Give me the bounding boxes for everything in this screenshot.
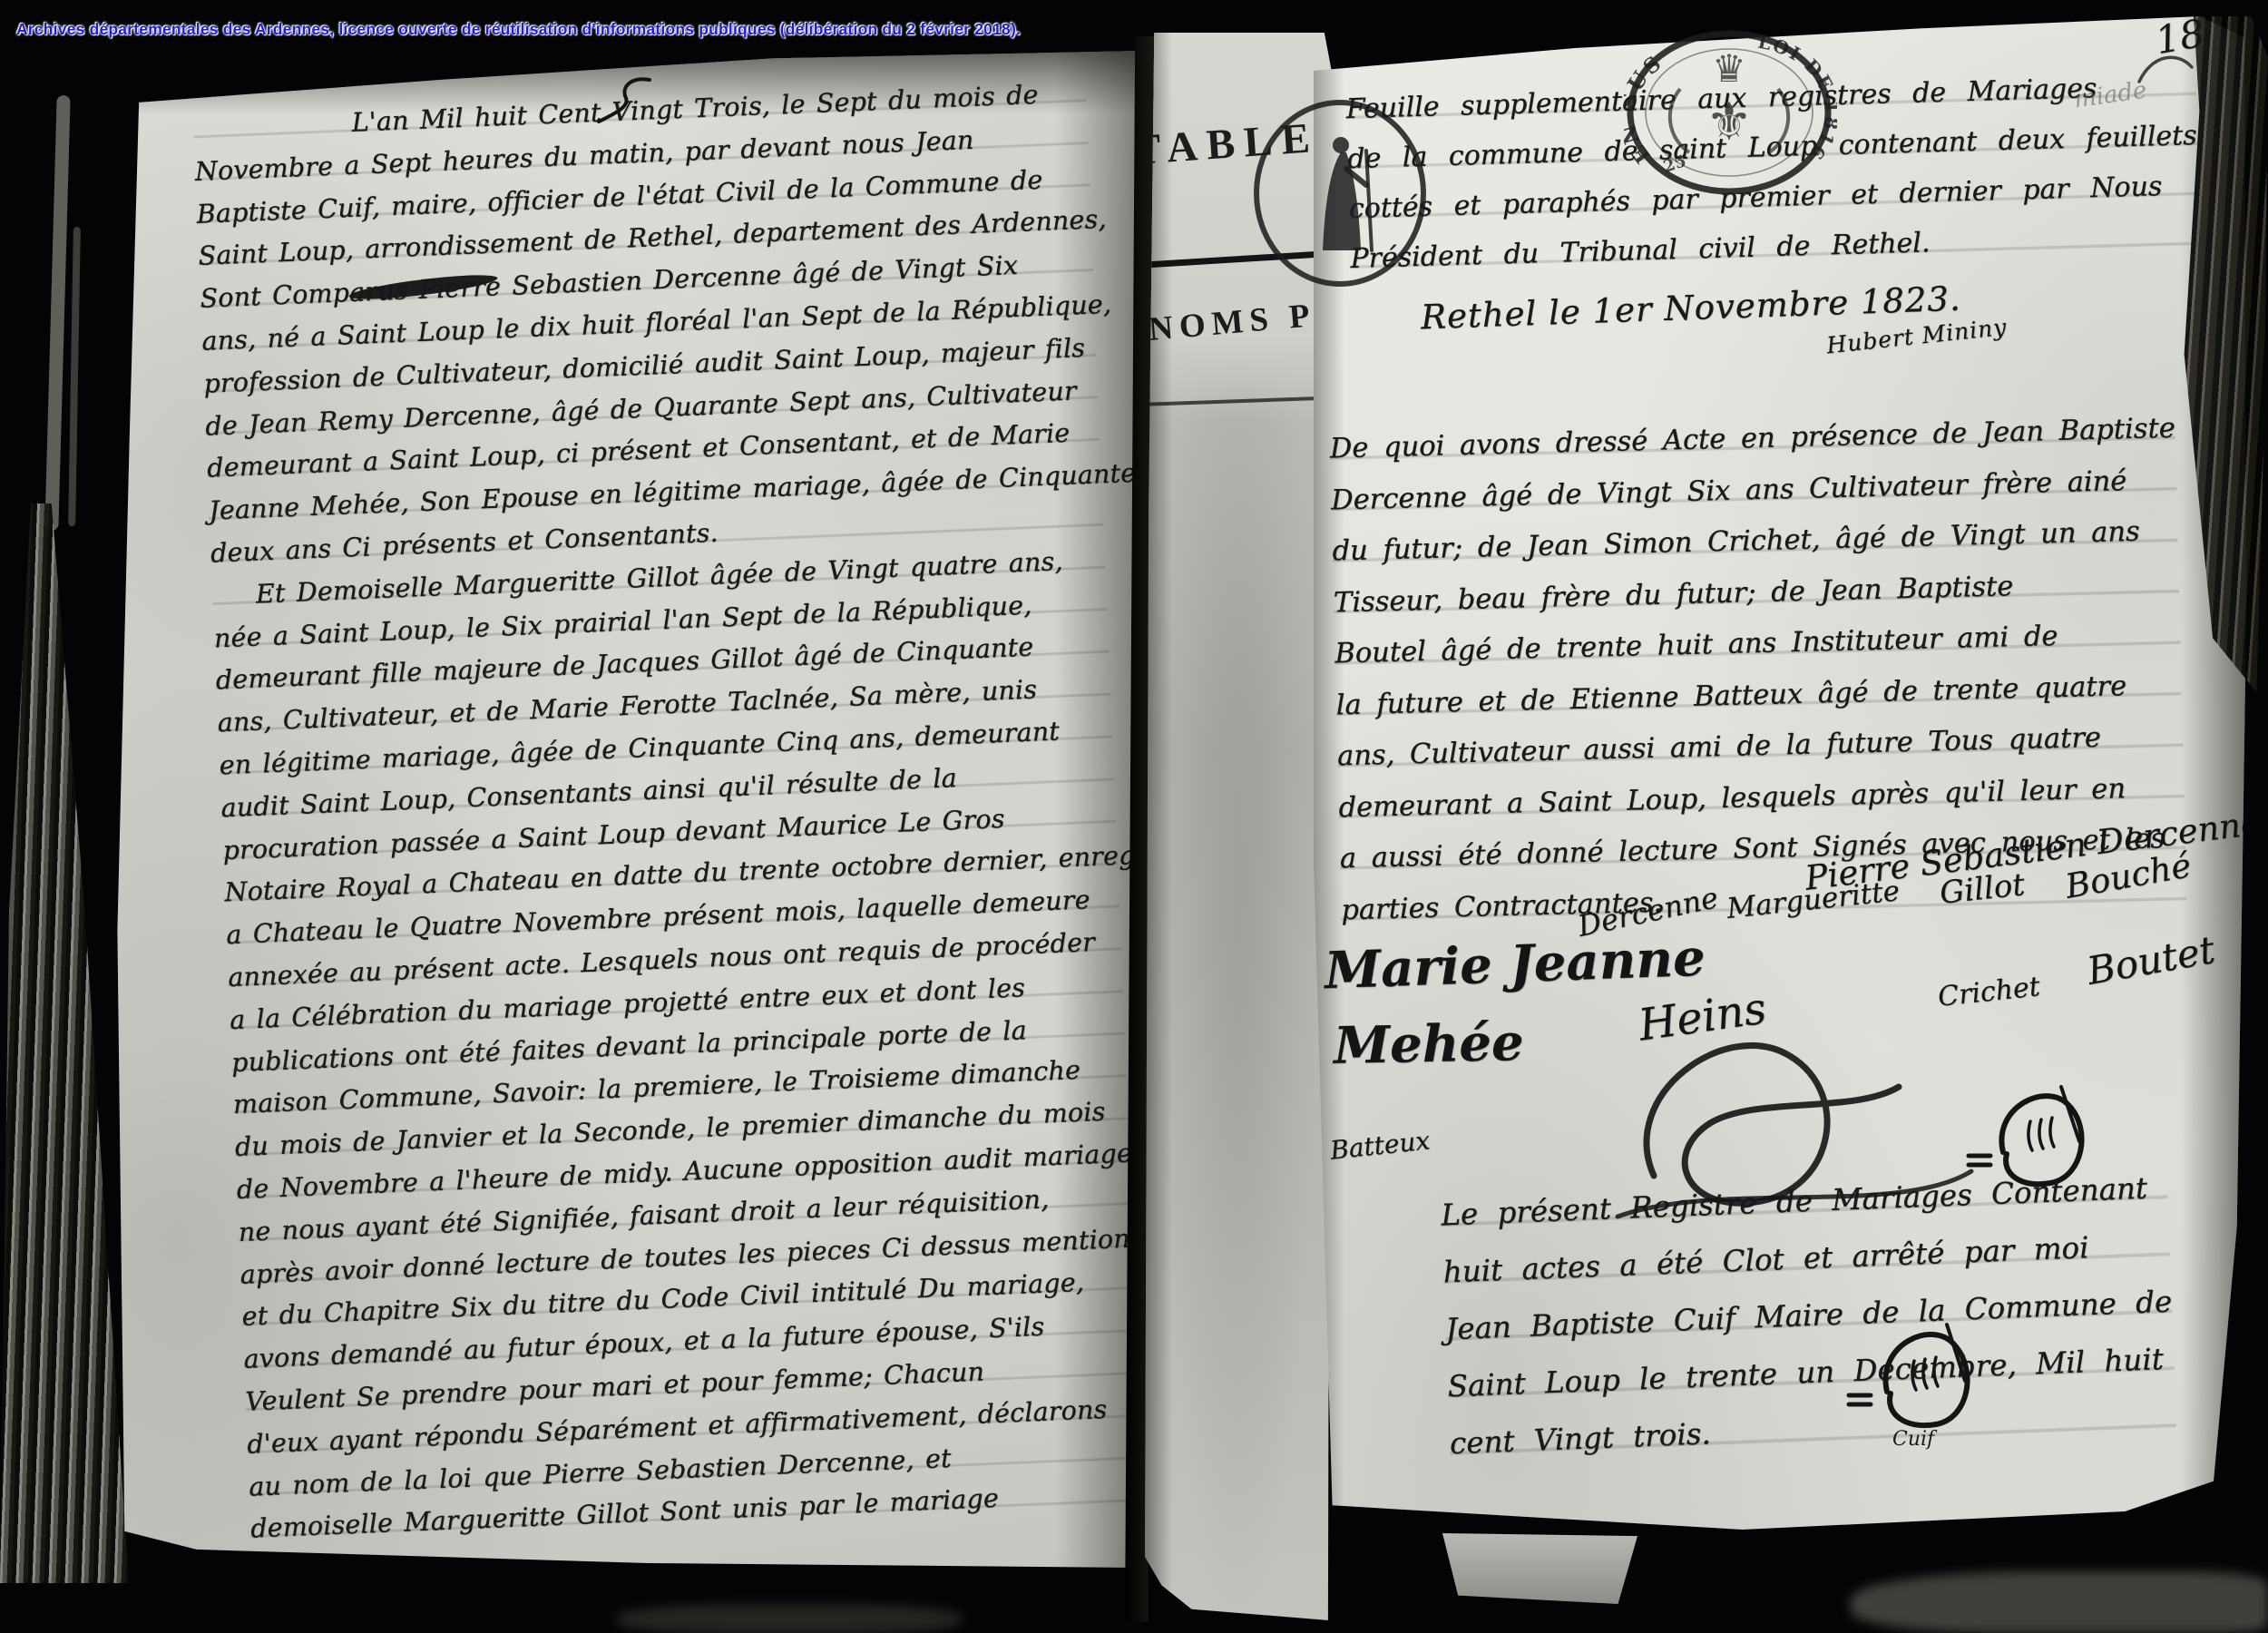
witness-signature: Batteux [1329,1125,1432,1165]
standing-figure-stamp [1252,98,1430,294]
book-spine [0,54,136,1633]
page-number-flourish-icon [2134,47,2197,89]
closing-statement: Le présent Registre de Mariages Contenan… [1440,1159,2177,1473]
mayor-signature: Cuif [1892,1428,1938,1451]
strip-bottom-edge [1442,1533,1637,1604]
left-page-text: L'an Mil huit Cent Vingt Trois, le Sept … [192,73,1141,1551]
crown-icon: ♛ [1712,46,1746,91]
printed-rule [1145,396,1332,406]
left-page: L'an Mil huit Cent Vingt Trois, le Sept … [114,51,1141,1568]
page-edge-sliver [68,227,81,526]
royal-crown-stamp: EN SUS LOI DE 1816 25 ♛ ⚜ [1624,25,1837,200]
shadow-blob [617,1604,962,1633]
mayor-paraph-icon: Cuif [1842,1305,1991,1454]
printed-columns-header: NOMS P [1147,296,1317,349]
stamp-ring-text: LOI DE 1816 [1756,31,1837,165]
witness-signature: Boutet [2084,927,2218,993]
archival-scan: Archives départementales des Ardennes, l… [0,0,2268,1633]
license-notice: Archives départementales des Ardennes, l… [16,20,1021,39]
mother-signature-last: Mehée [1333,1012,1524,1076]
fleur-de-lis-icon: ⚜ [1706,91,1753,152]
page-edge-stack [0,504,129,1583]
table-cloth-blob [1851,1571,2268,1633]
page-edge-sliver [44,95,70,531]
right-page: Feuille supplementaire aux registres de … [1314,16,2246,1530]
stamp-value: 25 [1661,152,1688,177]
